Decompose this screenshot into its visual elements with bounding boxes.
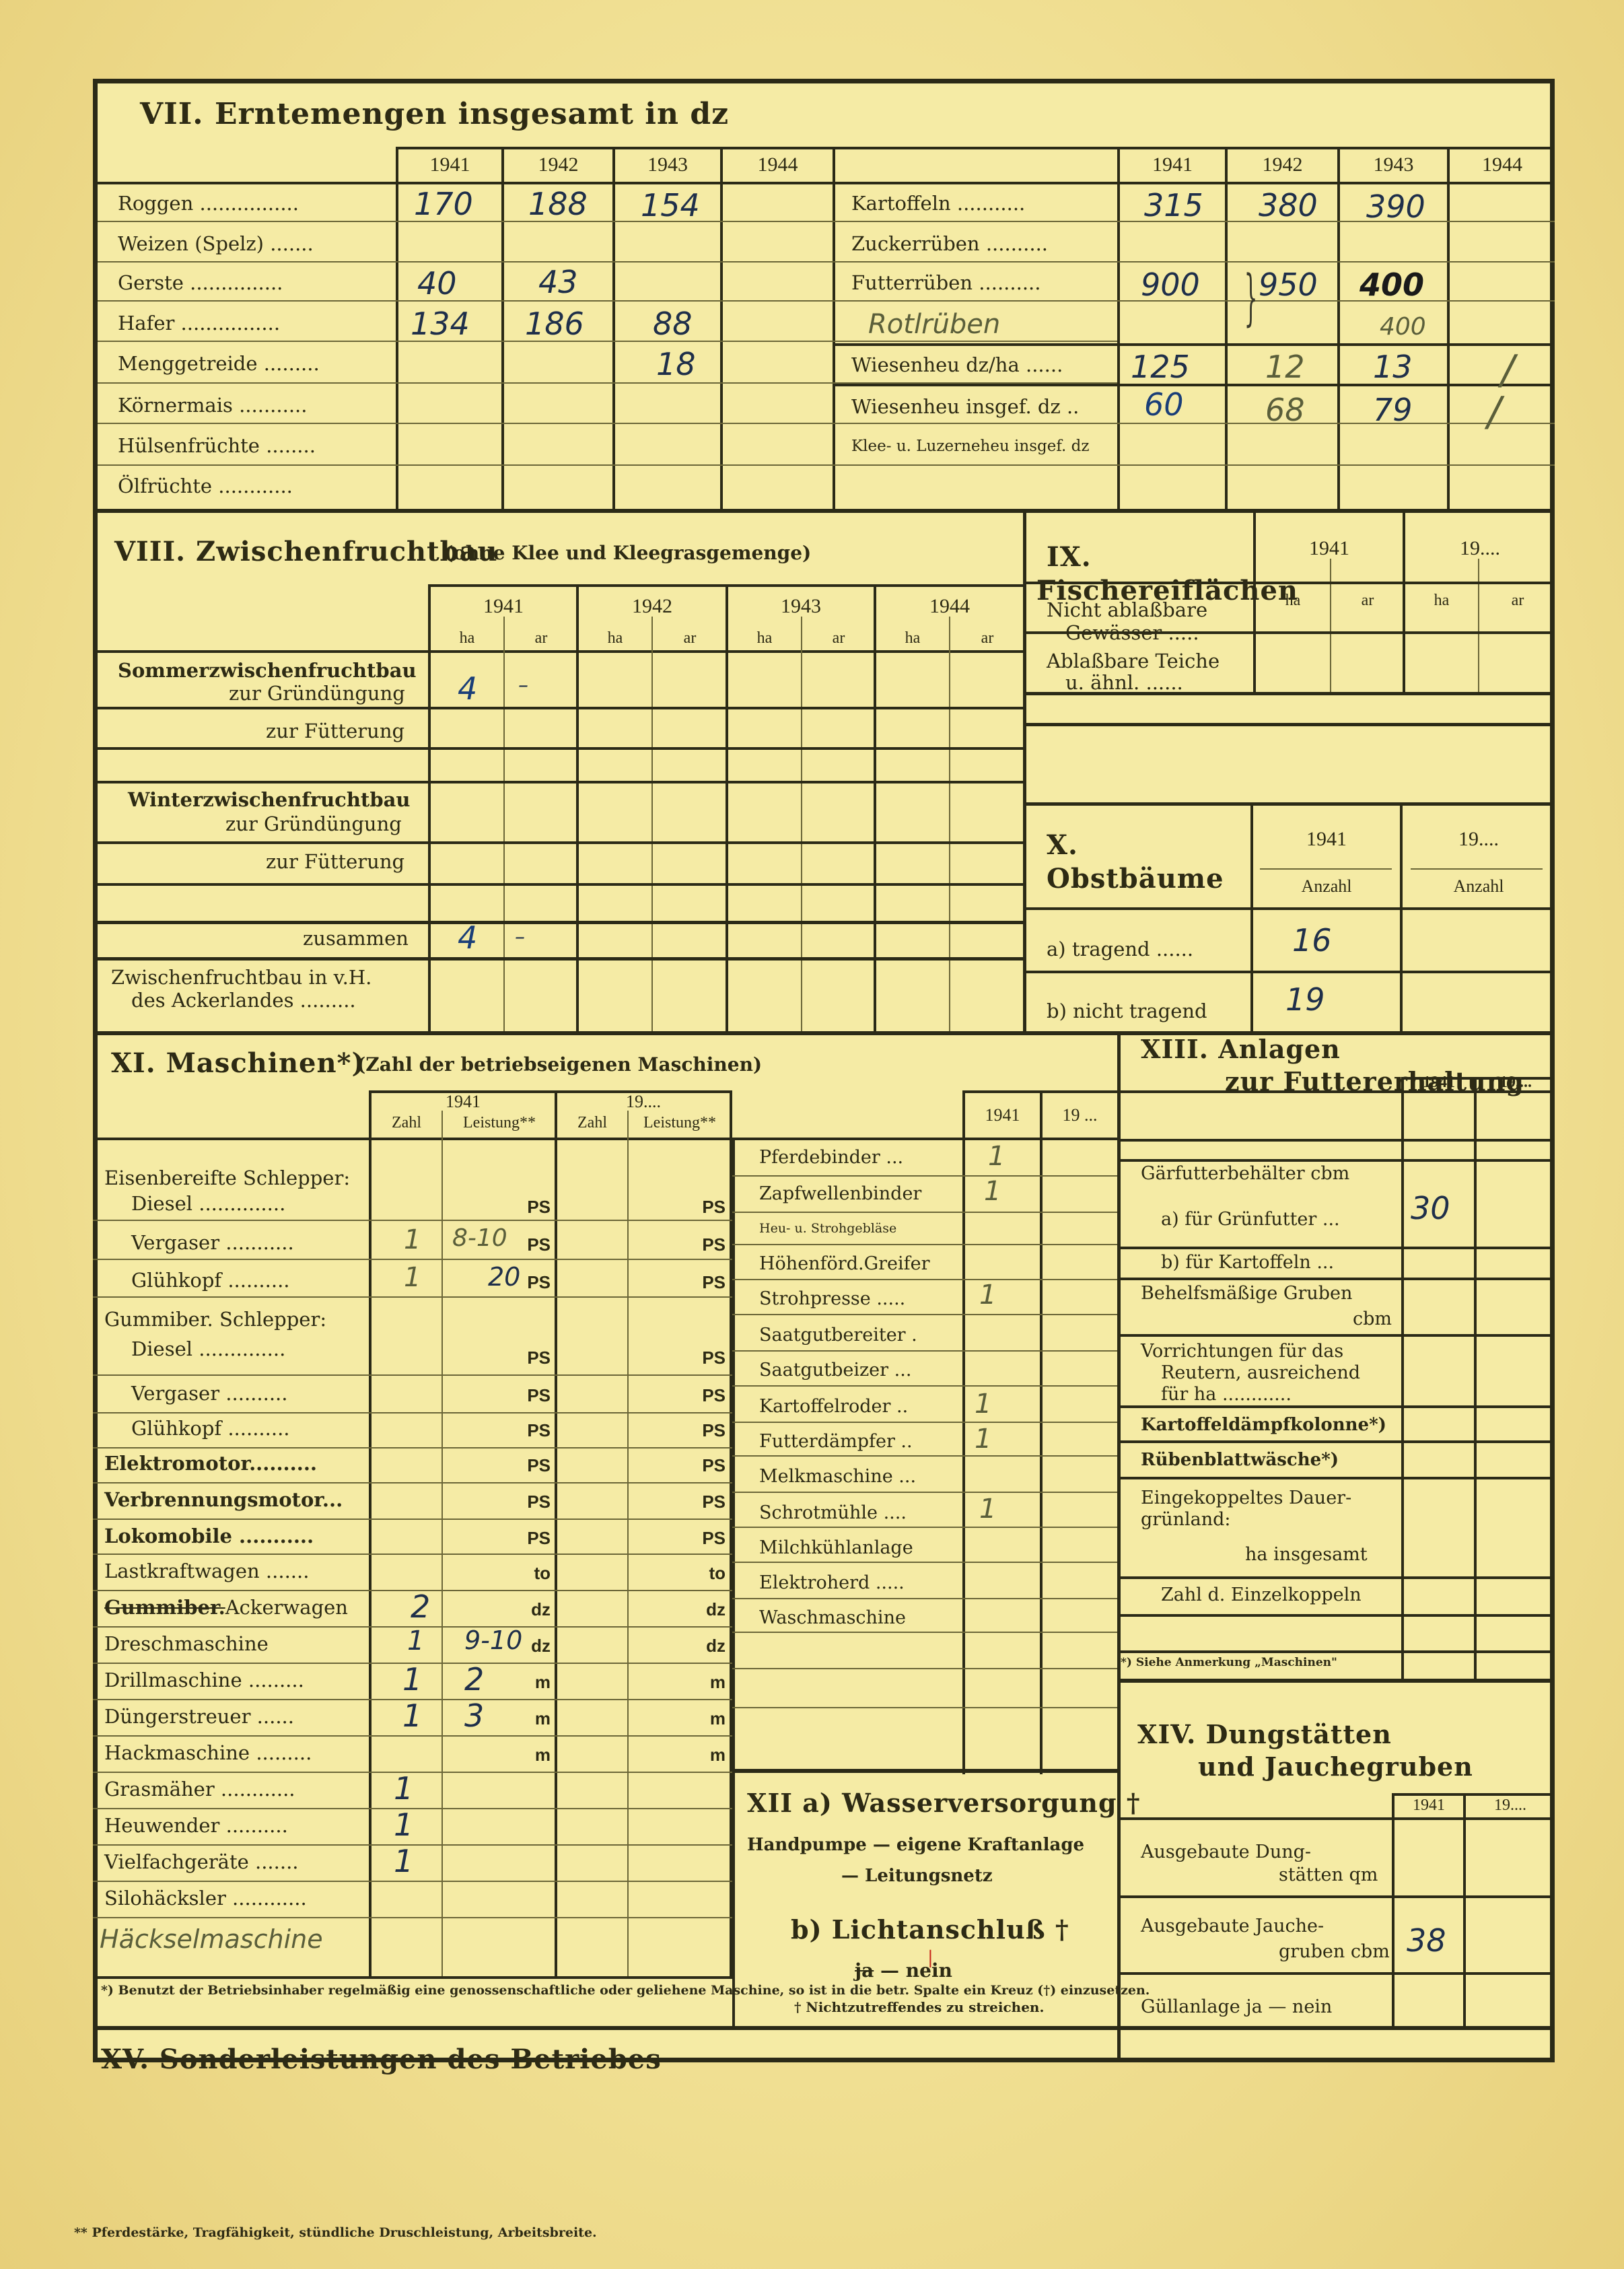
unit-label: PS bbox=[630, 1273, 726, 1291]
row-line bbox=[93, 1447, 732, 1448]
year-header: 19.... bbox=[1405, 538, 1555, 559]
value-cell[interactable]: 380 bbox=[1259, 190, 1318, 221]
row-line bbox=[93, 1735, 732, 1737]
row-line bbox=[732, 1769, 1117, 1773]
row-line bbox=[93, 1881, 732, 1882]
machine-label: Gummiber. Schlepper: bbox=[104, 1310, 326, 1329]
row-label: zusammen bbox=[303, 929, 409, 948]
value-cell[interactable]: / bbox=[1501, 350, 1514, 390]
col-line bbox=[949, 617, 950, 1034]
row-label: Kartoffeldämpfkolonne*) bbox=[1141, 1416, 1386, 1434]
xii-note: † Nichtzutreffendes zu streichen. bbox=[794, 2000, 1044, 2014]
handwritten-crop-label: Rotlrüben bbox=[868, 311, 1000, 338]
unit-header: ar bbox=[654, 630, 726, 646]
col-line bbox=[726, 584, 728, 1034]
value-cell[interactable]: 1 bbox=[402, 1700, 422, 1731]
unit-header: ar bbox=[952, 630, 1023, 646]
vii-header-top bbox=[396, 147, 1555, 149]
row-line bbox=[1023, 907, 1555, 910]
unit-label: m bbox=[630, 1673, 726, 1691]
row-line bbox=[1117, 1895, 1555, 1898]
special-services-field[interactable] bbox=[101, 2087, 1541, 2188]
value-cell[interactable]: 1 bbox=[404, 1264, 421, 1291]
value-cell[interactable]: 1 bbox=[984, 1178, 1001, 1205]
viii-header-bottom bbox=[98, 650, 1023, 653]
bracket-mark: } bbox=[1244, 268, 1258, 328]
year-header: 1942 bbox=[579, 596, 726, 617]
machine-label: Lokomobile ........... bbox=[104, 1527, 314, 1546]
row-line bbox=[98, 423, 1555, 424]
row-label: Ausgebaute Jauche- bbox=[1141, 1917, 1324, 1935]
row-line bbox=[1117, 1334, 1555, 1337]
machine-label: Strohpresse ..... bbox=[759, 1290, 905, 1308]
row-line bbox=[98, 261, 1555, 263]
value-cell[interactable]: 188 bbox=[528, 188, 588, 219]
option-nein: — nein bbox=[880, 1959, 952, 1982]
unit-header: ha bbox=[1256, 592, 1330, 608]
col-line bbox=[1392, 1793, 1394, 2026]
col-line bbox=[576, 584, 579, 1034]
crop-label-futterrueben: Futterrüben .......... bbox=[851, 273, 1040, 293]
row-label: des Ackerlandes ......... bbox=[131, 991, 356, 1010]
unit-label: to bbox=[444, 1564, 551, 1582]
unit-underline bbox=[1260, 868, 1392, 870]
unit-label: m bbox=[444, 1746, 551, 1764]
red-mark: | bbox=[927, 1949, 933, 1967]
machine-label: Drillmaschine ......... bbox=[104, 1671, 304, 1690]
header-bottom bbox=[1117, 1817, 1555, 1820]
machine-label: Diesel .............. bbox=[131, 1194, 285, 1214]
vii-header-bottom bbox=[98, 182, 1555, 184]
vii-col-line bbox=[1225, 147, 1228, 512]
row-label: Güllanlage ja — nein bbox=[1141, 1998, 1332, 2016]
section-xiv-title2: und Jauchegruben bbox=[1198, 1754, 1473, 1780]
machine-label: Vielfachgeräte ....... bbox=[104, 1852, 299, 1872]
machine-label: Milchkühlanlage bbox=[759, 1539, 913, 1557]
unit-label: PS bbox=[444, 1349, 551, 1366]
row-line bbox=[93, 1482, 732, 1483]
year-header: 1941 bbox=[965, 1107, 1040, 1124]
unit-header: ha bbox=[431, 630, 503, 646]
year-header: 1943 bbox=[728, 596, 874, 617]
machine-label: Waschmaschine bbox=[759, 1609, 906, 1627]
row-line bbox=[93, 1976, 732, 1979]
vii-col-line bbox=[833, 147, 835, 512]
machine-label: Diesel .............. bbox=[131, 1339, 285, 1359]
header-bottom bbox=[732, 1138, 1117, 1140]
value-cell[interactable]: 4 bbox=[458, 922, 477, 953]
row-label: cbm bbox=[1353, 1310, 1392, 1328]
row-line bbox=[93, 1519, 732, 1520]
unit-label: m bbox=[444, 1673, 551, 1691]
year-header: 19.... bbox=[1477, 1074, 1555, 1090]
row-label: zur Gründüngung bbox=[225, 814, 402, 834]
value-cell[interactable]: 18 bbox=[656, 349, 696, 380]
section-xi-subtitle: (Zahl der betriebseigenen Maschinen) bbox=[357, 1055, 762, 1074]
year-header: 1941 bbox=[1404, 1074, 1474, 1090]
section-viii-subtitle: (ohne Klee und Kleegrasgemenge) bbox=[444, 544, 811, 563]
year-header: 1941 bbox=[1120, 155, 1225, 175]
col-line bbox=[1401, 1077, 1404, 1679]
value-cell[interactable]: 60 bbox=[1144, 389, 1184, 420]
row-line bbox=[98, 957, 1023, 961]
footnote-text: *) Benutzt der Betriebsinhaber regelmäßi… bbox=[101, 1983, 1150, 1998]
row-line bbox=[98, 707, 1023, 709]
crop-label-roggen: Roggen ................ bbox=[118, 194, 299, 213]
row-line bbox=[732, 1668, 1117, 1669]
value-cell[interactable]: 1 bbox=[979, 1496, 996, 1523]
value-cell[interactable]: 30 bbox=[1411, 1193, 1450, 1224]
value-cell[interactable]: 390 bbox=[1366, 191, 1425, 222]
year-header: 1941 bbox=[398, 155, 501, 175]
row-line bbox=[1023, 582, 1555, 584]
unit-header: ar bbox=[804, 630, 874, 646]
unit-label: PS bbox=[444, 1198, 551, 1216]
value-cell[interactable]: 1 bbox=[975, 1391, 991, 1418]
year-header: 19.... bbox=[557, 1093, 730, 1111]
col-line bbox=[627, 1111, 629, 1979]
unit-label: dz bbox=[630, 1601, 726, 1618]
header-top bbox=[1392, 1793, 1555, 1796]
row-label: ha insgesamt bbox=[1245, 1545, 1368, 1564]
vii-col-line bbox=[1117, 147, 1120, 512]
value-cell[interactable]: 13 bbox=[1373, 351, 1413, 382]
row-line bbox=[732, 1455, 1117, 1457]
row-line bbox=[732, 1527, 1117, 1528]
value-cell[interactable]: 400 bbox=[1360, 269, 1424, 300]
row-label: Eingekoppeltes Dauer- bbox=[1141, 1489, 1351, 1507]
row-line bbox=[1117, 1650, 1555, 1653]
machine-label: Saatgutbeizer ... bbox=[759, 1361, 911, 1379]
unit-label: PS bbox=[444, 1422, 551, 1439]
row-label: gruben cbm bbox=[1279, 1943, 1390, 1961]
row-label: Winterzwischenfruchtbau bbox=[128, 790, 410, 810]
row-line bbox=[98, 921, 1023, 924]
row-label: b) für Kartoffeln ... bbox=[1161, 1253, 1334, 1271]
value-cell[interactable]: / bbox=[1487, 392, 1501, 432]
year-header: 1941 bbox=[372, 1093, 555, 1111]
value-cell[interactable]: 1 bbox=[404, 1226, 421, 1253]
section-xi-title: XI. Maschinen*) bbox=[111, 1050, 365, 1077]
machine-label: Glühkopf .......... bbox=[131, 1271, 290, 1290]
col-line bbox=[732, 1769, 735, 2029]
unit-underline bbox=[1411, 868, 1543, 870]
section-divider bbox=[93, 509, 1555, 513]
value-cell[interactable]: 186 bbox=[525, 308, 584, 339]
row-line bbox=[93, 1296, 732, 1298]
value-cell[interactable]: 9-10 bbox=[464, 1628, 522, 1653]
machine-label: Gummiber.Ackerwagen bbox=[104, 1598, 348, 1617]
crop-label-gerste: Gerste ............... bbox=[118, 273, 283, 293]
machine-label: Glühkopf .......... bbox=[131, 1419, 290, 1438]
col-line bbox=[428, 584, 431, 1034]
col-line bbox=[1040, 1090, 1043, 1774]
value-cell[interactable]: 1 bbox=[407, 1628, 424, 1654]
unit-header: ar bbox=[506, 630, 576, 646]
crop-label-hafer: Hafer ................ bbox=[118, 314, 280, 333]
value-cell[interactable]: 1 bbox=[402, 1664, 422, 1695]
machine-label: Kartoffelroder .. bbox=[759, 1397, 908, 1416]
unit-label: PS bbox=[630, 1349, 726, 1366]
unit-label: PS bbox=[630, 1387, 726, 1404]
row-line bbox=[93, 1220, 732, 1221]
unit-header: ha bbox=[876, 630, 949, 646]
crop-label-oelfruechte: Ölfrüchte ............ bbox=[118, 477, 293, 496]
value-cell[interactable]: – bbox=[518, 676, 528, 696]
value-cell[interactable]: 16 bbox=[1292, 925, 1332, 956]
year-header: 1941 bbox=[1256, 538, 1403, 559]
value-cell[interactable]: 315 bbox=[1144, 190, 1203, 221]
unit-label: m bbox=[630, 1710, 726, 1727]
machine-label: Heuwender .......... bbox=[104, 1816, 288, 1836]
crop-label-menggetreide: Menggetreide ......... bbox=[118, 354, 320, 374]
crop-label-kartoffeln: Kartoffeln ........... bbox=[851, 194, 1025, 213]
section-xiii-title: XIII. Anlagen bbox=[1141, 1037, 1341, 1062]
section-x-number: X. bbox=[1047, 832, 1078, 859]
col-header-leistung: Leistung** bbox=[444, 1115, 555, 1131]
year-header: 19.... bbox=[1403, 829, 1555, 849]
row-line bbox=[98, 341, 1117, 342]
row-line bbox=[732, 1314, 1117, 1315]
value-cell[interactable]: 1 bbox=[394, 1773, 413, 1804]
value-cell[interactable]: 950 bbox=[1259, 269, 1318, 300]
value-cell[interactable]: 43 bbox=[538, 267, 578, 298]
unit-header: ar bbox=[1481, 592, 1555, 608]
row-line bbox=[1117, 1440, 1555, 1443]
year-header: 1941 bbox=[431, 596, 576, 617]
row-line bbox=[1117, 1679, 1555, 1683]
machine-label: Futterdämpfer .. bbox=[759, 1432, 913, 1451]
row-line bbox=[93, 1374, 732, 1376]
col-line bbox=[651, 617, 653, 1034]
row-line bbox=[732, 1385, 1117, 1387]
unit-label: dz bbox=[630, 1637, 726, 1654]
unit-label: PS bbox=[630, 1422, 726, 1439]
row-line bbox=[732, 1212, 1117, 1213]
row-line bbox=[93, 1554, 732, 1555]
machine-label: Hackmaschine ......... bbox=[104, 1743, 312, 1763]
unit-label: PS bbox=[444, 1529, 551, 1547]
value-cell[interactable]: 1 bbox=[975, 1426, 991, 1453]
row-line bbox=[1023, 802, 1555, 806]
machine-label: Melkmaschine ... bbox=[759, 1467, 916, 1486]
row-line bbox=[98, 841, 1023, 844]
value-cell[interactable]: 134 bbox=[411, 308, 470, 339]
unit-label: dz bbox=[444, 1601, 551, 1618]
row-label: Vorrichtungen für das bbox=[1141, 1342, 1343, 1360]
row-label: a) tragend ...... bbox=[1047, 940, 1193, 959]
machine-label: Grasmäher ............ bbox=[104, 1780, 295, 1799]
row-label: Ablaßbare Teiche bbox=[1047, 652, 1220, 671]
row-line bbox=[98, 221, 1555, 222]
unit-label: m bbox=[630, 1746, 726, 1764]
col-line bbox=[874, 584, 876, 1034]
crop-label-zuckerrueben: Zuckerrüben .......... bbox=[851, 234, 1048, 254]
col-line bbox=[555, 1090, 557, 1979]
row-line bbox=[1117, 1139, 1555, 1142]
value-cell[interactable]: 4 bbox=[458, 673, 477, 704]
row-line bbox=[1023, 971, 1555, 973]
section-x-title: Obstbäume bbox=[1047, 866, 1224, 893]
row-label: Sommerzwischenfruchtbau bbox=[118, 661, 417, 680]
water-supply-options[interactable]: — Leitungsnetz bbox=[841, 1867, 993, 1885]
value-cell[interactable]: 79 bbox=[1373, 394, 1413, 425]
vii-col-line bbox=[1337, 147, 1340, 512]
row-label: Gärfutterbehälter cbm bbox=[1141, 1164, 1349, 1183]
vii-col-line bbox=[720, 147, 723, 512]
value-cell[interactable]: 900 bbox=[1141, 269, 1200, 300]
row-label: Nicht ablaßbare bbox=[1047, 600, 1207, 620]
row-line bbox=[98, 883, 1023, 886]
section-xv-title: XV. Sonderleistungen des Betriebes bbox=[101, 2046, 662, 2073]
row-label: u. ähnl. ...... bbox=[1065, 673, 1183, 693]
year-header: 1942 bbox=[1228, 155, 1337, 175]
crop-label-weizen: Weizen (Spelz) ....... bbox=[118, 234, 314, 254]
col-header-leistung: Leistung** bbox=[630, 1115, 730, 1131]
year-header: 19 ... bbox=[1043, 1107, 1117, 1124]
row-label: zur Fütterung bbox=[266, 722, 404, 741]
section-viii-title: VIII. Zwischenfruchtbau bbox=[114, 538, 498, 565]
row-line bbox=[1117, 1159, 1555, 1162]
value-cell[interactable]: 20 bbox=[488, 1264, 520, 1290]
row-line bbox=[833, 384, 1555, 386]
row-line bbox=[1117, 1576, 1555, 1579]
value-cell[interactable]: 40 bbox=[417, 268, 457, 299]
vii-col-line bbox=[501, 147, 504, 512]
row-line bbox=[1117, 1278, 1555, 1280]
row-line bbox=[98, 300, 1555, 302]
unit-header: Anzahl bbox=[1253, 878, 1400, 895]
value-cell[interactable]: 170 bbox=[414, 188, 473, 219]
col-header-zahl: Zahl bbox=[557, 1115, 627, 1131]
section-vii-title: VII. Erntemengen insgesamt in dz bbox=[140, 100, 729, 129]
vii-col-line bbox=[1447, 147, 1450, 512]
col-line bbox=[962, 1090, 965, 1774]
crop-label-wiesenheu-insgesamt: Wiesenheu insgef. dz .. bbox=[851, 397, 1079, 417]
vii-col-line bbox=[396, 147, 398, 512]
unit-label: PS bbox=[444, 1493, 551, 1510]
row-label: für ha ............ bbox=[1161, 1385, 1292, 1403]
col-line bbox=[503, 617, 505, 1034]
value-cell[interactable]: 2 bbox=[411, 1591, 430, 1622]
machine-label: Vergaser ........... bbox=[131, 1233, 294, 1253]
unit-label: PS bbox=[444, 1387, 551, 1404]
row-line bbox=[1117, 1405, 1555, 1408]
col-line bbox=[1463, 1793, 1466, 2026]
machine-label: Eisenbereifte Schlepper: bbox=[104, 1168, 350, 1188]
row-line bbox=[93, 1412, 732, 1413]
crop-label-huelsenfruechte: Hülsenfrüchte ........ bbox=[118, 436, 316, 456]
row-label: grünland: bbox=[1141, 1510, 1230, 1529]
unit-header: ha bbox=[579, 630, 651, 646]
water-supply-title: XII a) Wasserversorgung † bbox=[747, 1790, 1141, 1816]
row-line bbox=[732, 1707, 1117, 1708]
struck-text: Gummiber. bbox=[104, 1596, 225, 1619]
crop-label-klee-luzerneheu: Klee- u. Luzerneheu insgef. dz bbox=[851, 439, 1090, 454]
struck-option-ja: ja bbox=[855, 1959, 874, 1982]
row-line bbox=[732, 1492, 1117, 1493]
value-cell[interactable]: 1 bbox=[394, 1809, 413, 1840]
value-cell[interactable]: 154 bbox=[641, 190, 700, 221]
vii-col-line bbox=[612, 147, 615, 512]
row-label: Rübenblattwäsche*) bbox=[1141, 1451, 1339, 1469]
machine-label: Vergaser .......... bbox=[131, 1384, 287, 1403]
value-cell[interactable]: 19 bbox=[1285, 984, 1325, 1015]
year-header: 1944 bbox=[876, 596, 1023, 617]
footer-footnote: ** Pferdestärke, Tragfähigkeit, stündlic… bbox=[74, 2227, 597, 2239]
value-cell[interactable]: 38 bbox=[1407, 1925, 1446, 1956]
machine-label: Düngerstreuer ...... bbox=[104, 1707, 294, 1726]
row-line bbox=[732, 1175, 1117, 1177]
xi-right-border bbox=[1117, 1031, 1121, 2061]
unit-label: to bbox=[630, 1564, 726, 1582]
value-cell[interactable]: 3 bbox=[464, 1700, 484, 1731]
col-header-zahl: Zahl bbox=[372, 1115, 442, 1131]
row-label: Gewässer ..... bbox=[1065, 623, 1199, 643]
unit-label: m bbox=[444, 1710, 551, 1727]
unit-label: PS bbox=[630, 1236, 726, 1253]
row-line bbox=[98, 781, 1023, 783]
row-label: Zwischenfruchtbau in v.H. bbox=[111, 968, 372, 987]
machine-label: Lastkraftwagen ....... bbox=[104, 1562, 309, 1581]
unit-label: PS bbox=[630, 1457, 726, 1474]
water-supply-options[interactable]: Handpumpe — eigene Kraftanlage bbox=[747, 1836, 1084, 1854]
row-line bbox=[1117, 1247, 1555, 1249]
value-cell[interactable]: 400 bbox=[1380, 315, 1426, 339]
value-cell[interactable]: 125 bbox=[1131, 351, 1190, 382]
row-line bbox=[93, 1917, 732, 1918]
row-label: zur Gründüngung bbox=[229, 684, 405, 703]
value-cell[interactable]: 88 bbox=[653, 308, 693, 339]
value-cell[interactable]: 1 bbox=[988, 1143, 1005, 1170]
unit-label: PS bbox=[444, 1457, 551, 1474]
header-bottom bbox=[93, 1138, 732, 1140]
row-line bbox=[732, 1562, 1117, 1563]
machines-footnote: *) Benutzt der Betriebsinhaber regelmäßi… bbox=[101, 1984, 1150, 1997]
row-line bbox=[93, 1259, 732, 1260]
value-cell[interactable]: 1 bbox=[394, 1846, 413, 1877]
value-cell[interactable]: 8-10 bbox=[452, 1226, 507, 1251]
machine-label: Elektroherd ..... bbox=[759, 1574, 905, 1592]
value-cell[interactable]: 68 bbox=[1265, 394, 1305, 425]
value-cell[interactable]: 12 bbox=[1265, 351, 1305, 382]
value-cell[interactable]: 1 bbox=[979, 1282, 996, 1308]
handwritten-machine-label: Häckselmaschine bbox=[100, 1926, 323, 1952]
row-line bbox=[98, 464, 1555, 466]
machine-label-text: Ackerwagen bbox=[225, 1596, 348, 1619]
row-line bbox=[833, 343, 1555, 346]
row-line bbox=[1117, 1972, 1555, 1975]
viii-right-border bbox=[1023, 509, 1026, 1034]
row-label: Zahl d. Einzelkoppeln bbox=[1161, 1586, 1362, 1604]
row-line bbox=[732, 1422, 1117, 1423]
machine-label: Schrotmühle .... bbox=[759, 1504, 907, 1522]
machine-label: Heu- u. Strohgebläse bbox=[759, 1222, 896, 1235]
row-line bbox=[1117, 1477, 1555, 1479]
electricity-options[interactable]: ja — nein bbox=[855, 1961, 952, 1980]
unit-header: Anzahl bbox=[1403, 878, 1555, 895]
year-header: 1943 bbox=[1340, 155, 1447, 175]
value-cell[interactable]: 2 bbox=[464, 1664, 484, 1695]
col-line bbox=[1330, 559, 1331, 694]
row-label: stätten qm bbox=[1279, 1866, 1378, 1884]
unit-header: ha bbox=[728, 630, 801, 646]
machine-label: Saatgutbereiter . bbox=[759, 1326, 917, 1344]
row-label: Ausgebaute Dung- bbox=[1141, 1843, 1311, 1861]
value-cell[interactable]: – bbox=[515, 928, 525, 948]
row-line bbox=[1023, 723, 1555, 726]
year-header: 1944 bbox=[723, 155, 833, 175]
